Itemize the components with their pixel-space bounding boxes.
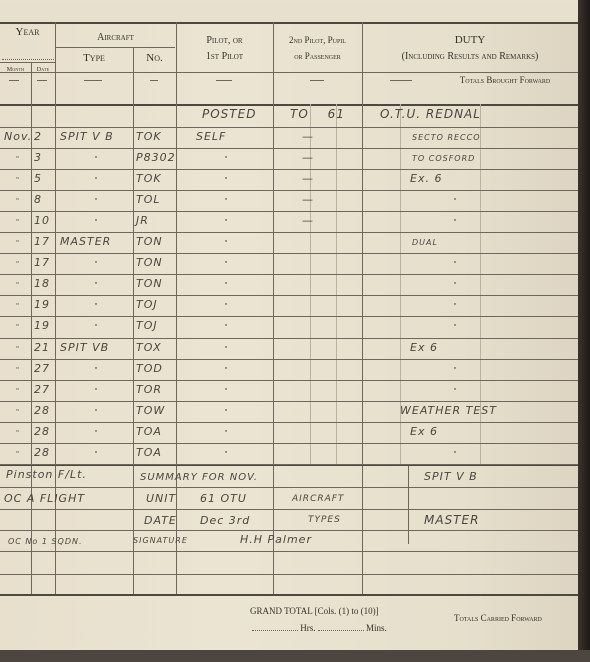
row-rule <box>0 338 578 339</box>
row-rule <box>0 443 578 444</box>
cell-duty: Ex. 6 <box>410 172 442 185</box>
row-rule <box>0 232 578 233</box>
header-bottom-rule <box>0 72 578 73</box>
row-rule <box>0 316 578 317</box>
cell-date: 21 <box>34 341 50 354</box>
posting-note-pilot: POSTED <box>202 107 256 121</box>
cell-date: 19 <box>34 298 50 311</box>
summary-rule-1 <box>0 487 578 488</box>
dash-pilot <box>216 80 232 81</box>
mins-label: Mins. <box>366 623 387 633</box>
book-spine <box>578 0 590 662</box>
cell-aircraft-no: TOJ <box>136 319 158 332</box>
posting-note-second: TO 61 <box>290 107 345 121</box>
cell-date: 2 <box>34 130 42 143</box>
cell-pilot: " <box>180 450 272 458</box>
cell-duty: " <box>450 281 460 289</box>
page-top-margin <box>0 0 578 22</box>
cell-month: " <box>4 345 31 353</box>
dash-duty <box>390 80 412 81</box>
cell-date: 17 <box>34 235 50 248</box>
header-second-pilot: 2nd Pilot, Pupil <box>273 34 362 47</box>
row-rule <box>0 359 578 360</box>
summary-rule-2 <box>0 509 578 510</box>
cell-duty: Ex 6 <box>410 341 438 354</box>
cell-aircraft-no: TON <box>136 235 163 248</box>
cell-aircraft-type: " <box>60 366 132 374</box>
page-bottom-edge <box>0 650 590 662</box>
cell-month: " <box>4 429 31 437</box>
grand-total-label: GRAND TOTAL [Cols. (1) to (10)] <box>250 606 379 616</box>
cell-aircraft-type: MASTER <box>60 235 111 248</box>
cell-pilot: " <box>180 408 272 416</box>
cell-pilot: " <box>180 239 272 247</box>
cell-month: " <box>4 408 31 416</box>
cell-aircraft-no: TOJ <box>136 298 158 311</box>
cell-month: " <box>4 155 31 163</box>
cell-date: 3 <box>34 151 42 164</box>
row-rule <box>0 274 578 275</box>
year-dotted-line <box>2 59 54 60</box>
cell-month: " <box>4 218 31 226</box>
col-rule-type <box>133 47 134 594</box>
summary-divider <box>408 464 409 544</box>
logbook-page: Year Month Date Aircraft Type No. Pilot,… <box>0 0 578 662</box>
cell-aircraft-type: " <box>60 197 132 205</box>
cell-duty: SECTO RECCO <box>412 133 481 142</box>
row-rule <box>0 127 578 128</box>
cell-pilot: " <box>180 281 272 289</box>
brought-forward-rule <box>0 104 578 106</box>
month-date-rule <box>0 62 55 63</box>
cell-date: 18 <box>34 277 50 290</box>
cell-month: " <box>4 366 31 374</box>
cell-duty: " <box>450 323 460 331</box>
cell-aircraft-type: " <box>60 408 132 416</box>
cell-month: " <box>4 176 31 184</box>
aircraft-subheader-rule <box>55 47 175 48</box>
cell-duty: " <box>450 302 460 310</box>
cell-aircraft-no: TON <box>136 277 163 290</box>
cell-pilot: " <box>180 260 272 268</box>
cell-aircraft-type: " <box>60 260 132 268</box>
header-top-rule <box>0 22 578 24</box>
cell-duty: " <box>450 260 460 268</box>
dash-date <box>37 80 47 81</box>
cell-second-pilot: — <box>276 172 340 185</box>
summary-signature-value: H.H Palmer <box>240 533 312 546</box>
header-aircraft-no: No. <box>133 52 176 65</box>
cell-pilot: " <box>180 387 272 395</box>
cell-aircraft-type: " <box>60 155 132 163</box>
row-rule <box>0 464 578 465</box>
cell-pilot: " <box>180 197 272 205</box>
totals-carried-forward: Totals Carried Forward <box>454 613 542 623</box>
cell-aircraft-no: P8302 <box>136 151 176 164</box>
cell-aircraft-no: TOK <box>136 130 162 143</box>
cell-date: 28 <box>34 446 50 459</box>
bottom-rule <box>0 594 578 596</box>
cell-duty: Ex 6 <box>410 425 438 438</box>
summary-rule-3 <box>0 530 578 531</box>
cell-aircraft-no: TOL <box>136 193 161 206</box>
row-rule <box>0 401 578 402</box>
cell-aircraft-no: TON <box>136 256 163 269</box>
cell-aircraft-type: " <box>60 450 132 458</box>
cell-second-pilot: — <box>276 214 340 227</box>
row-rule <box>0 422 578 423</box>
dash-no <box>150 80 158 81</box>
summary-title: SUMMARY FOR NOV. <box>140 472 258 483</box>
header-pilot: Pilot, or <box>176 34 273 47</box>
cell-date: 28 <box>34 404 50 417</box>
cell-aircraft-type: " <box>60 218 132 226</box>
cell-date: 5 <box>34 172 42 185</box>
header-month: Month <box>0 64 31 77</box>
cell-pilot: " <box>180 176 272 184</box>
row-rule <box>0 380 578 381</box>
header-second-pilot-line2: or Passenger <box>273 50 362 63</box>
header-date: Date <box>31 64 55 77</box>
cell-pilot: " <box>180 302 272 310</box>
summary-unit-label: UNIT <box>146 492 176 505</box>
cell-duty: " <box>450 218 460 226</box>
cell-aircraft-no: TOK <box>136 172 162 185</box>
cell-aircraft-type: " <box>60 176 132 184</box>
cell-aircraft-type: SPIT VB <box>60 341 109 354</box>
cell-duty: WEATHER TEST <box>400 404 497 417</box>
cell-pilot: SELF <box>196 130 226 143</box>
cell-pilot: " <box>180 345 272 353</box>
cell-second-pilot: — <box>276 193 340 206</box>
summary-type-1: SPIT V B <box>424 470 478 483</box>
cell-month: " <box>4 302 31 310</box>
header-pilot-line2: 1st Pilot <box>176 50 273 63</box>
cell-aircraft-no: TOX <box>136 341 162 354</box>
cell-month: Nov. <box>4 130 32 143</box>
summary-date-label: DATE <box>144 514 177 527</box>
dash-type <box>84 80 102 81</box>
cell-pilot: " <box>180 323 272 331</box>
summary-oc-sqdn: OC No 1 SQDN. <box>8 537 83 546</box>
cell-pilot: " <box>180 429 272 437</box>
cell-month: " <box>4 450 31 458</box>
cell-month: " <box>4 387 31 395</box>
summary-oc-flight: OC A FLIGHT <box>4 492 85 505</box>
cell-aircraft-no: TOD <box>136 362 163 375</box>
cell-month: " <box>4 197 31 205</box>
dash-second <box>310 80 324 81</box>
cell-duty: " <box>450 366 460 374</box>
cell-second-pilot: — <box>276 130 340 143</box>
mins-blank <box>318 622 364 631</box>
cell-second-pilot: — <box>276 151 340 164</box>
cell-date: 28 <box>34 425 50 438</box>
summary-signoff-flight: Pinston F/Lt. <box>6 468 87 481</box>
cell-aircraft-no: TOR <box>136 383 162 396</box>
cell-date: 19 <box>34 319 50 332</box>
cell-month: " <box>4 239 31 247</box>
dash-month <box>9 80 19 81</box>
grand-total-hrs-mins: Hrs. Mins. <box>252 622 387 633</box>
header-aircraft-type: Type <box>55 52 133 65</box>
row-rule <box>0 190 578 191</box>
cell-aircraft-type: " <box>60 429 132 437</box>
cell-duty: " <box>450 450 460 458</box>
row-rule <box>0 295 578 296</box>
cell-duty: TO COSFORD <box>412 154 475 163</box>
summary-type-2: MASTER <box>424 513 479 527</box>
hrs-blank <box>252 622 298 631</box>
row-rule <box>0 211 578 212</box>
hrs-label: Hrs. <box>300 623 315 633</box>
cell-date: 27 <box>34 362 50 375</box>
cell-aircraft-no: TOA <box>136 425 162 438</box>
row-rule <box>0 148 578 149</box>
cell-duty: DUAL <box>412 238 438 247</box>
cell-date: 10 <box>34 214 50 227</box>
summary-unit-value: 61 OTU <box>200 492 247 505</box>
cell-month: " <box>4 323 31 331</box>
summary-types-label: TYPES <box>308 515 341 525</box>
cell-month: " <box>4 260 31 268</box>
header-duty-line2: (Including Results and Remarks) <box>362 50 578 63</box>
cell-pilot: " <box>180 366 272 374</box>
summary-rule-4 <box>0 551 578 552</box>
cell-aircraft-type: " <box>60 302 132 310</box>
totals-brought-forward: Totals Brought Forward <box>430 74 578 87</box>
row-rule <box>0 169 578 170</box>
cell-aircraft-type: " <box>60 281 132 289</box>
header-duty: DUTY <box>362 34 578 47</box>
cell-month: " <box>4 281 31 289</box>
cell-date: 17 <box>34 256 50 269</box>
cell-duty: " <box>450 387 460 395</box>
header-aircraft: Aircraft <box>55 31 176 44</box>
header-year: Year <box>0 26 55 39</box>
cell-date: 8 <box>34 193 42 206</box>
cell-pilot: " <box>180 155 272 163</box>
row-rule <box>0 253 578 254</box>
cell-aircraft-no: TOA <box>136 446 162 459</box>
cell-aircraft-no: JR <box>136 214 149 227</box>
posting-note-duty: O.T.U. REDNAL <box>380 107 481 121</box>
cell-aircraft-type: " <box>60 323 132 331</box>
cell-duty: " <box>450 197 460 205</box>
cell-aircraft-type: SPIT V B <box>60 130 114 143</box>
cell-date: 27 <box>34 383 50 396</box>
empty-row-rule-1 <box>0 574 578 575</box>
summary-signature-label: SIGNATURE <box>133 536 188 545</box>
summary-aircraft-label: AIRCRAFT <box>292 494 344 504</box>
cell-pilot: " <box>180 218 272 226</box>
summary-date-value: Dec 3rd <box>200 514 250 527</box>
cell-aircraft-type: " <box>60 387 132 395</box>
cell-aircraft-no: TOW <box>136 404 165 417</box>
